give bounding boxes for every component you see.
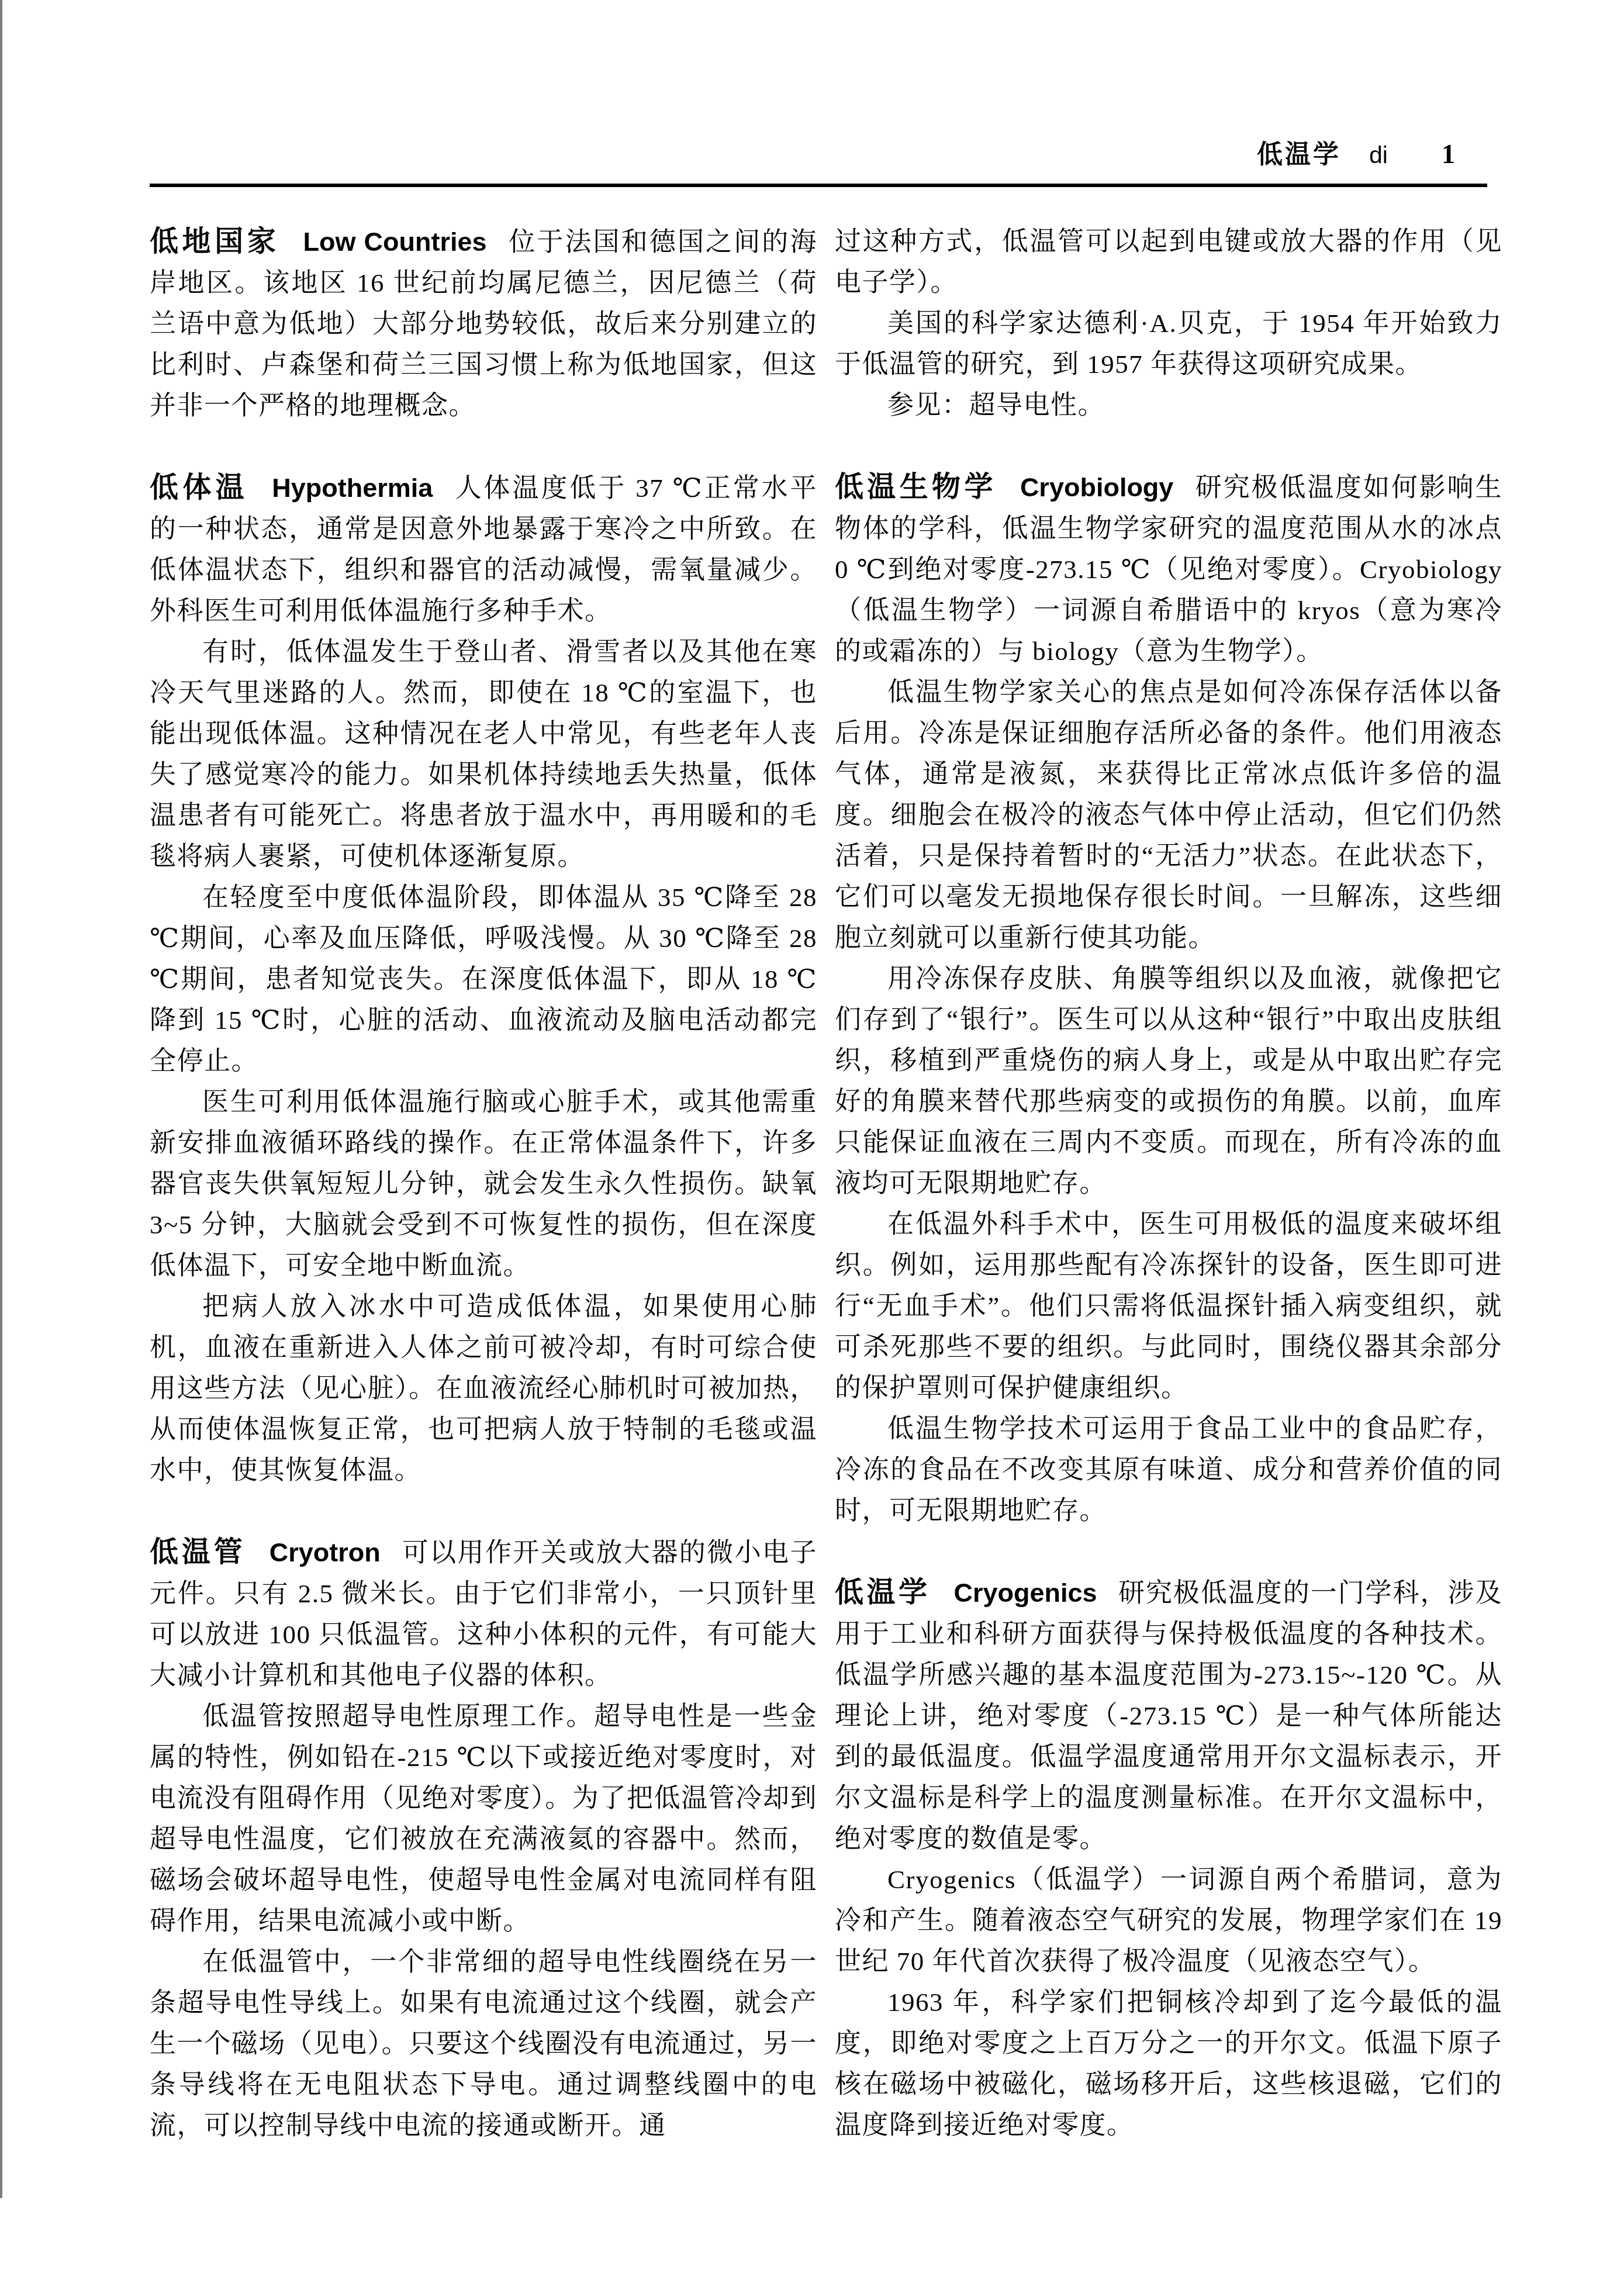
continuation-paragraph: 过这种方式，低温管可以起到电键或放大器的作用（见电子学）。 <box>835 221 1502 303</box>
entry-term: 低地国家 <box>150 225 280 257</box>
entry-term: 低温学 <box>835 1576 930 1608</box>
entry-english-term: Hypothermia <box>272 473 433 503</box>
entry-lead-paragraph: 低温管Cryotron可以用作开关或放大器的微小电子元件。只有 2.5 微米长。… <box>150 1532 817 1696</box>
cryotron-continuation-block: 过这种方式，低温管可以起到电键或放大器的作用（见电子学）。 美国的科学家达德利·… <box>835 221 1502 426</box>
entry-lead-text: 人体温度低于 37 ℃正常水平的一种状态，通常是因意外地暴露于寒冷之中所致。在低… <box>150 474 817 626</box>
entry-english-term: Cryobiology <box>1020 472 1174 502</box>
header-pinyin: di <box>1369 141 1388 169</box>
entry-term: 低体温 <box>150 471 248 503</box>
entry-term: 低温管 <box>150 1536 246 1568</box>
entry-paragraph: 把病人放入冰水中可造成低体温，如果使用心肺机，血液在重新进入人体之前可被冷却，有… <box>150 1286 817 1491</box>
entry-paragraph: 1963 年，科学家们把铜核冷却到了迄今最低的温度，即绝对零度之上百万分之一的开… <box>835 1982 1502 2145</box>
entry-english-term: Cryogenics <box>953 1578 1097 1608</box>
entry-lead-paragraph: 低地国家Low Countries位于法国和德国之间的海岸地区。该地区 16 世… <box>150 221 817 426</box>
scan-edge-artifact <box>0 0 2 2198</box>
header-page-number: 1 <box>1442 139 1455 170</box>
entry-paragraph: 用冷冻保存皮肤、角膜等组织以及血液，就像把它们存到了“银行”。医生可以从这种“银… <box>835 958 1502 1204</box>
entry-term: 低温生物学 <box>835 471 997 503</box>
continuation-paragraph: 美国的科学家达德利·A.贝克，于 1954 年开始致力于低温管的研究，到 195… <box>835 303 1502 385</box>
entry-cryotron: 低温管Cryotron可以用作开关或放大器的微小电子元件。只有 2.5 微米长。… <box>150 1532 817 2146</box>
running-header: 低温学 di 1 <box>1257 133 1455 171</box>
entry-english-term: Low Countries <box>303 227 487 257</box>
entry-english-term: Cryotron <box>269 1537 381 1567</box>
entry-paragraph: 在低温外科手术中，医生可用极低的温度来破坏组织。例如，运用那些配有冷冻探针的设备… <box>835 1204 1502 1408</box>
entry-paragraph: 医生可利用低体温施行脑或心脏手术，或其他需重新安排血液循环路线的操作。在正常体温… <box>150 1082 817 1286</box>
entry-lead-paragraph: 低体温Hypothermia人体温度低于 37 ℃正常水平的一种状态，通常是因意… <box>150 467 817 631</box>
entry-paragraph: 在轻度至中度低体温阶段，即体温从 35 ℃降至 28 ℃期间，心率及血压降低，呼… <box>150 877 817 1082</box>
entry-lead-paragraph: 低温学Cryogenics研究极低温度的一门学科，涉及用于工业和科研方面获得与保… <box>835 1572 1502 1859</box>
left-column: 低地国家Low Countries位于法国和德国之间的海岸地区。该地区 16 世… <box>150 221 817 2146</box>
entry-hypothermia: 低体温Hypothermia人体温度低于 37 ℃正常水平的一种状态，通常是因意… <box>150 467 817 1491</box>
right-column: 过这种方式，低温管可以起到电键或放大器的作用（见电子学）。 美国的科学家达德利·… <box>835 221 1502 2145</box>
entry-paragraph: Cryogenics（低温学）一词源自两个希腊词，意为冷和产生。随着液态空气研究… <box>835 1859 1502 1982</box>
entry-lead-text: 研究极低温度的一门学科，涉及用于工业和科研方面获得与保持极低温度的各种技术。低温… <box>835 1578 1502 1853</box>
entry-cryobiology: 低温生物学Cryobiology研究极低温度如何影响生物体的学科，低温生物学家研… <box>835 467 1502 1531</box>
entry-cryogenics: 低温学Cryogenics研究极低温度的一门学科，涉及用于工业和科研方面获得与保… <box>835 1572 1502 2145</box>
entry-lead-text: 可以用作开关或放大器的微小电子元件。只有 2.5 微米长。由于它们非常小，一只顶… <box>150 1538 817 1690</box>
entry-paragraph: 低温生物学技术可运用于食品工业中的食品贮存，冷冻的食品在不改变其原有味道、成分和… <box>835 1408 1502 1531</box>
entry-low-countries: 低地国家Low Countries位于法国和德国之间的海岸地区。该地区 16 世… <box>150 221 817 426</box>
header-section-title: 低温学 <box>1257 133 1341 171</box>
header-divider-rule <box>150 184 1487 187</box>
entry-paragraph: 低温生物学家关心的焦点是如何冷冻保存活体以备后用。冷冻是保证细胞存活所必备的条件… <box>835 672 1502 958</box>
entry-paragraph: 在低温管中，一个非常细的超导电性线圈绕在另一条超导电性导线上。如果有电流通过这个… <box>150 1941 817 2146</box>
scanned-dictionary-page: 低温学 di 1 低地国家Low Countries位于法国和德国之间的海岸地区… <box>0 0 1624 2277</box>
entry-lead-paragraph: 低温生物学Cryobiology研究极低温度如何影响生物体的学科，低温生物学家研… <box>835 467 1502 672</box>
entry-paragraph: 低温管按照超导电性原理工作。超导电性是一些金属的特性，例如铅在-215 ℃以下或… <box>150 1696 817 1941</box>
entry-paragraph: 有时，低体温发生于登山者、滑雪者以及其他在寒冷天气里迷路的人。然而，即使在 18… <box>150 631 817 877</box>
continuation-paragraph: 参见：超导电性。 <box>835 385 1502 426</box>
